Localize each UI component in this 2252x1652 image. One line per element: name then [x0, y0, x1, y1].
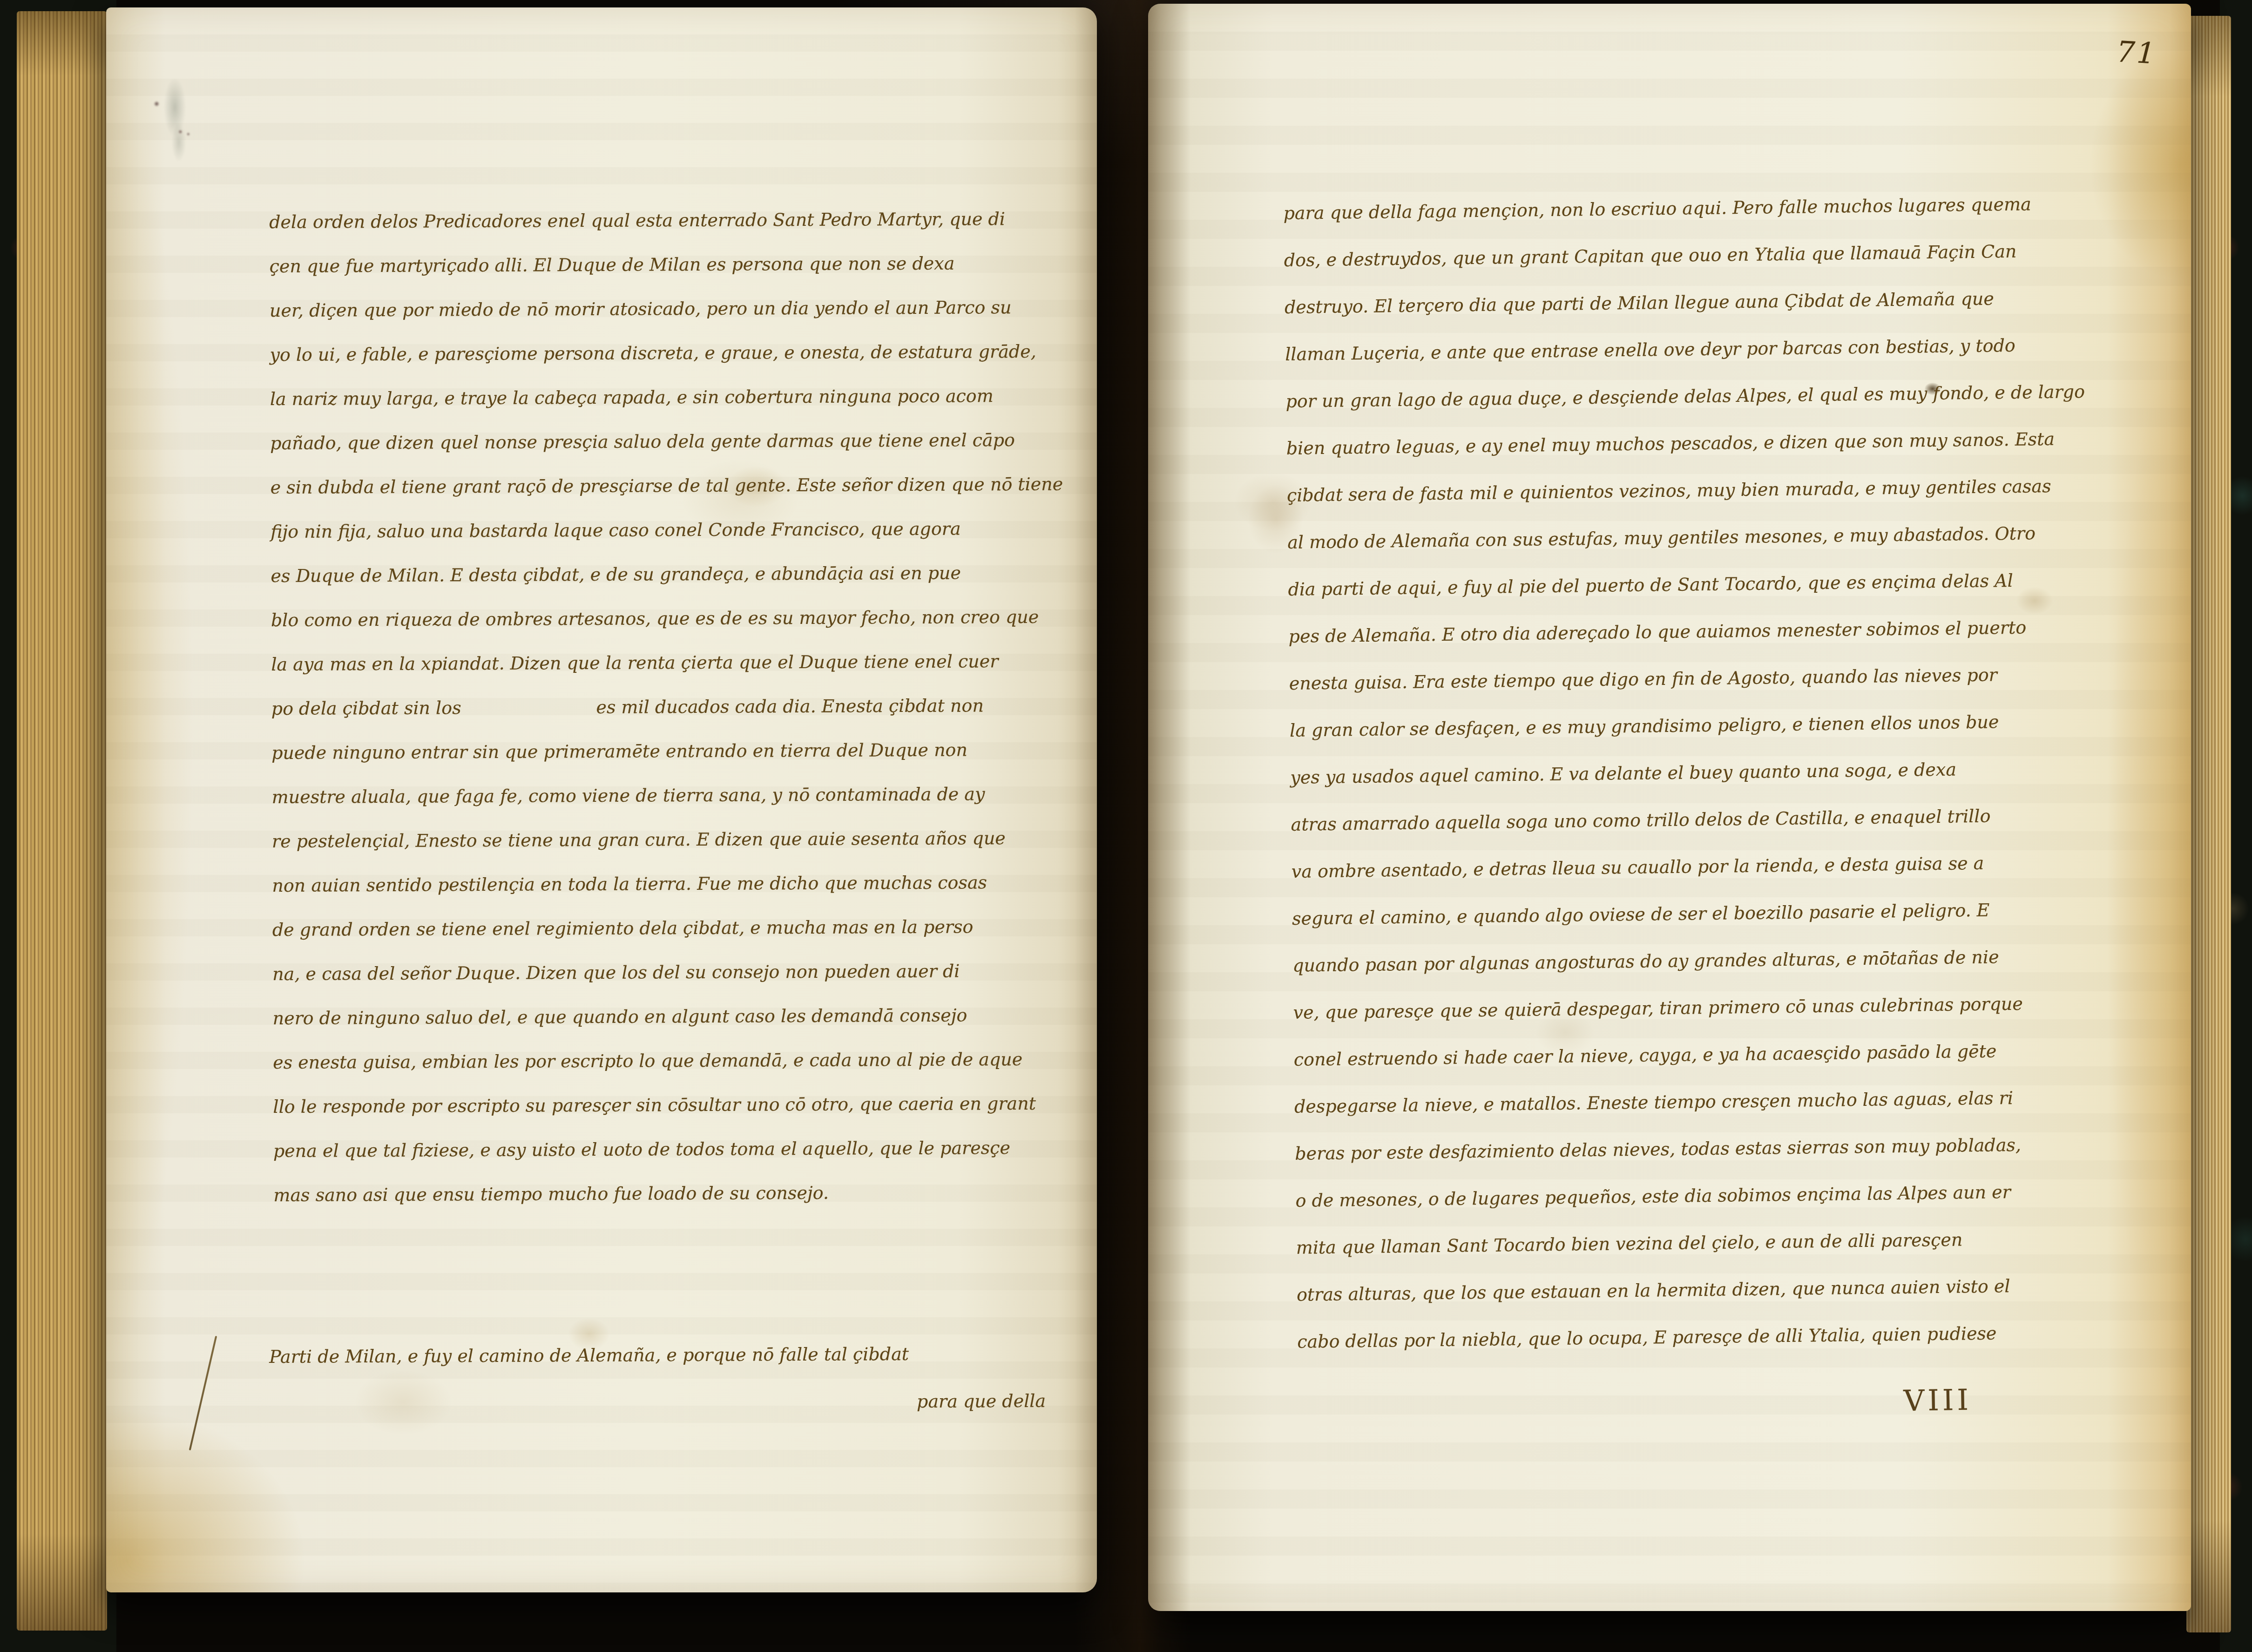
manuscript-line: e sin dubda el tiene grant raçō de presç… — [270, 462, 1047, 510]
manuscript-line: de grand orden se tiene enel regimiento … — [272, 905, 1049, 952]
manuscript-line: na, e casa del señor Duque. Dizen que lo… — [272, 949, 1049, 996]
manuscript-line: muestre aluala, que faga fe, como viene … — [271, 772, 1048, 819]
manuscript-line: es Duque de Milan. E desta çibdat, e de … — [271, 551, 1047, 598]
manuscript-line: puede ninguno entrar sin que primeramēte… — [271, 728, 1048, 775]
manuscript-line: llo le responde por escripto su paresçer… — [273, 1082, 1049, 1129]
manuscript-photo: { "book": { "ink_color": "#5e4517", "pap… — [0, 0, 2252, 1652]
right-page-text-block: para que della faga mençion, non lo escr… — [1283, 180, 2089, 1366]
manuscript-line: blo como en riqueza de ombres artesanos,… — [271, 595, 1048, 643]
manuscript-line: nero de ninguno saluo del, e que quando … — [272, 993, 1049, 1041]
manuscript-line: çen que fue martyriçado alli. El Duque d… — [269, 241, 1046, 289]
manuscript-line: pañado, que dizen quel nonse presçia sal… — [270, 418, 1047, 466]
manuscript-line: po dela çibdat sin los es mil ducados ca… — [271, 684, 1048, 731]
left-page-paragraph-parti-de-milan: Parti de Milan, e fuy el camino de Alema… — [269, 1343, 1046, 1367]
manuscript-line: dela orden delos Predicadores enel qual … — [269, 197, 1046, 244]
ink-smudge-mark — [131, 55, 210, 171]
manuscript-line: yo lo ui, e fable, e paresçiome persona … — [270, 330, 1046, 377]
quire-signature: VIII — [1903, 1382, 1972, 1418]
folio-number: 71 — [2116, 34, 2158, 70]
manuscript-line: fijo nin fija, saluo una bastarda laque … — [271, 507, 1047, 554]
manuscript-line: o de mesones, o de lugares pequeños, est… — [1295, 1168, 2087, 1225]
page-stack-fore-edge-left — [17, 11, 107, 1631]
left-page-text-block: dela orden delos Predicadores enel qual … — [269, 197, 1050, 1218]
catchword: para que della — [269, 1391, 1046, 1415]
page-stack-fore-edge-right — [2186, 16, 2231, 1632]
manuscript-line: uer, diçen que por miedo de nō morir ato… — [270, 285, 1046, 333]
manuscript-line: la gran calor se desfaçen, e es muy gran… — [1290, 697, 2082, 754]
manuscript-line: re pestelençial, Enesto se tiene una gra… — [272, 816, 1048, 864]
manuscript-line: non auian sentido pestilençia en toda la… — [272, 860, 1048, 908]
manuscript-line: mas sano asi que ensu tiempo mucho fue l… — [273, 1170, 1050, 1218]
manuscript-line: es enesta guisa, embian les por escripto… — [273, 1037, 1049, 1085]
manuscript-line: la aya mas en la xpiandat. Dizen que la … — [271, 639, 1048, 687]
manuscript-line: pena el que tal fiziese, e asy uisto el … — [273, 1126, 1050, 1173]
manuscript-line: cabo dellas por la niebla, que lo ocupa,… — [1297, 1309, 2089, 1366]
manuscript-line: la nariz muy larga, e traye la cabeça ra… — [270, 374, 1047, 421]
